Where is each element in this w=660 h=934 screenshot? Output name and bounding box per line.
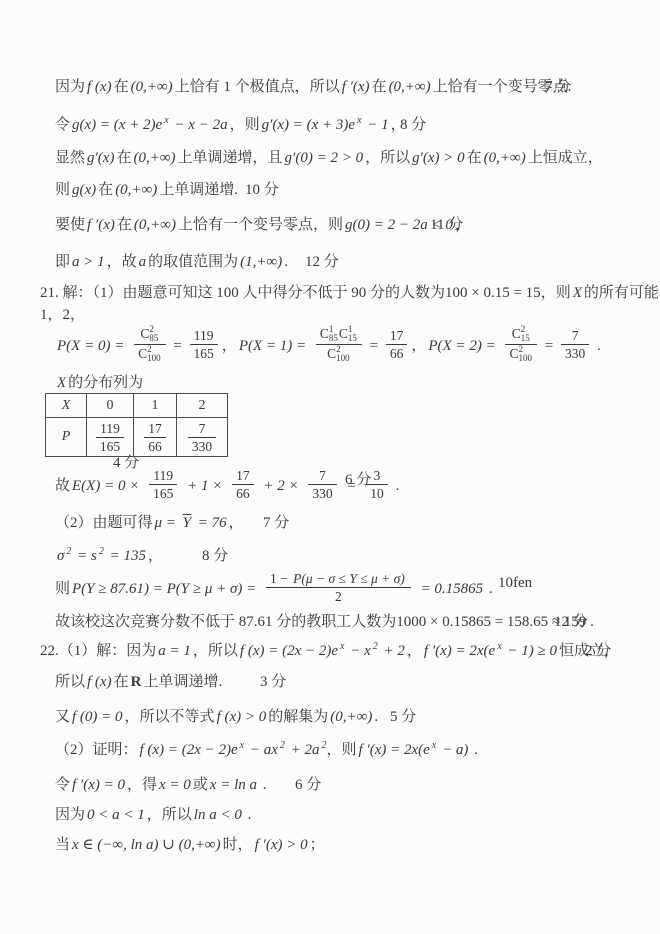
text-run: 在 (98, 182, 113, 198)
score-mark: 10 分 (245, 179, 279, 201)
math-run: − 1 (362, 117, 391, 133)
text-run: 上恰有 1 个极值点，所以 (175, 79, 340, 95)
text-run: ，所以 (365, 150, 410, 166)
math-run: (0,+∞) (328, 709, 374, 725)
math-run: g′(x) = (x + 3)e (260, 117, 357, 133)
table-cell-x-1: 1 (134, 394, 177, 418)
score-mark: 2 分 (585, 640, 611, 662)
number-run: = (170, 338, 186, 354)
table-cell-p-2: 7330 (177, 418, 228, 457)
text-line: （2）由题可得μ = Y = 76，7 分 (55, 512, 244, 534)
math-run: g(x) (70, 182, 98, 198)
math-run: (0,+∞) (131, 150, 177, 166)
fraction: 7330 (308, 467, 336, 502)
text-run: 或 (193, 777, 208, 793)
text-line: 则P(Y ≥ 87.61) = P(Y ≥ μ + σ) = 1 − P(μ −… (55, 572, 493, 607)
number-run: 2 (335, 589, 342, 604)
sub-sup-stack: 185 (329, 325, 339, 343)
text-run: ， (229, 515, 244, 531)
table-cell-x-0: 0 (87, 394, 134, 418)
math-run: f (x) = (2x − 2)e (138, 742, 240, 758)
text-run: 上单调递增，且 (178, 150, 283, 166)
math-run: − x (344, 643, 372, 659)
fraction: C215C2100 (505, 325, 537, 364)
number-run: C (327, 346, 336, 361)
math-run: P(X = 1) = (237, 338, 312, 354)
math-run: f (x) = (2x − 2)e (238, 643, 340, 659)
number-run: . (244, 807, 252, 823)
text-line: 因为f (x)在(0,+∞)上恰有 1 个极值点，所以f ′(x)在(0,+∞)… (55, 76, 571, 98)
math-run: f ′(x) = 2x(e (422, 643, 497, 659)
text-run: 因为 (55, 79, 85, 95)
text-run: 因为 (55, 807, 85, 823)
math-run: = 76 (192, 515, 229, 531)
score-mark: 6 分 (345, 469, 371, 491)
text-run: ，得 (127, 777, 157, 793)
text-run: 又 (55, 709, 70, 725)
number-run: C (140, 326, 149, 341)
math-run: f (x) > 0 (215, 709, 269, 725)
math-run: + 1 × (181, 478, 228, 494)
text-run: ，则 (541, 285, 571, 301)
bold-symbol: R (129, 674, 144, 690)
text-run: 当 (55, 837, 70, 853)
text-line: 令f ′(x) = 0，得x = 0或x = ln a .6 分 (55, 774, 267, 796)
number-run: C (339, 326, 348, 341)
fraction: 119165 (96, 420, 124, 455)
score-mark: 8 分 (202, 545, 228, 567)
math-run: f (x) (85, 674, 114, 690)
text-run: 在 (117, 217, 132, 233)
score-mark: 10fen (498, 572, 532, 594)
math-run: + 2a (285, 742, 322, 758)
text-run: 故 (55, 478, 70, 494)
score-mark: 7 分 (545, 76, 571, 98)
sub-sup-stack: 215 (521, 325, 531, 343)
text-run: ，则 (230, 117, 260, 133)
math-run: = s (71, 548, 98, 564)
table-cell-x-label: X (46, 394, 87, 418)
math-run: g′(x) (85, 150, 116, 166)
number-run: = (366, 338, 382, 354)
number-run: . (392, 478, 400, 494)
text-run: 的解集为 (268, 709, 328, 725)
text-run: 故该校这次竞赛分数不低于 87.61 分的教职工人数为 (55, 614, 396, 630)
text-run: 在 (467, 150, 482, 166)
text-run: 上恒成立， (528, 150, 603, 166)
text-run: 的分布列为 (68, 375, 143, 391)
text-line: 故E(X) = 0 × 119165 + 1 × 1766 + 2 × 7330… (55, 469, 399, 504)
text-run: ， (148, 548, 163, 564)
number-run: 100 × 0.15 = 15 (445, 285, 541, 301)
math-run: + 2 (378, 643, 407, 659)
text-run: 在 (114, 79, 129, 95)
number-run: . (374, 709, 378, 725)
sub-sup-stack: 2100 (147, 345, 162, 363)
text-run: ， (222, 338, 237, 354)
math-run: f ′(x) (85, 217, 117, 233)
fraction: 1766 (144, 420, 166, 455)
score-mark: 3 分 (260, 671, 286, 693)
math-run: (0,+∞) (387, 79, 433, 95)
text-line: X的分布列为 (55, 372, 143, 394)
text-line: （2）证明：f (x) = (2x − 2)ex − ax2 + 2a2，则f … (55, 739, 478, 761)
number-run: . (259, 777, 267, 793)
math-run: f (x) (85, 79, 114, 95)
table-row-p: P 119165 1766 7330 (46, 418, 228, 457)
math-run: g(x) = (x + 2)e (70, 117, 164, 133)
number-run: C (512, 326, 521, 341)
score-mark: 12 分 (305, 251, 339, 273)
math-run: P(X = 0) = (55, 338, 130, 354)
table-cell-p-1: 1766 (134, 418, 177, 457)
text-run: 令 (55, 117, 70, 133)
text-run: 22.（1）解：因为 (40, 643, 156, 659)
text-run: 显然 (55, 150, 85, 166)
text-run: 时， (223, 837, 253, 853)
math-run: − 1) ≥ 0 (502, 643, 559, 659)
math-run: σ (55, 548, 66, 564)
text-run: 令 (55, 777, 70, 793)
text-run: 上恰有一个变号零点，则 (178, 217, 343, 233)
math-run: x = 0 (157, 777, 193, 793)
document-content: 因为f (x)在(0,+∞)上恰有 1 个极值点，所以f ′(x)在(0,+∞)… (0, 0, 660, 934)
text-run: 的所有可能取值为 0， (584, 285, 660, 301)
math-run: = 0.15865 (415, 581, 485, 597)
text-run: 在 (116, 150, 131, 166)
text-run: ，所以不等式 (125, 709, 215, 725)
math-run: − a) (436, 742, 470, 758)
table-cell-p-label: P (46, 418, 87, 457)
score-mark: 11 分 (430, 214, 463, 236)
score-mark: 8 分 (400, 114, 426, 136)
text-line: 要使f ′(x)在(0,+∞)上恰有一个变号零点，则g(0) = 2 − 2a … (55, 214, 470, 236)
fraction: 1 − P(μ − σ ≤ Y ≤ μ + σ)2 (266, 570, 411, 605)
text-line: P(X = 0) = C285C2100 = 119165，P(X = 1) =… (55, 327, 601, 366)
fraction: C185C115C2100 (316, 325, 362, 364)
text-line: 22.（1）解：因为a = 1，所以f (x) = (2x − 2)ex − x… (40, 640, 619, 662)
table-cell-x-2: 2 (177, 394, 228, 418)
text-line: 则g(x)在(0,+∞)上单调递增.10 分 (55, 179, 238, 201)
text-run: ，所以 (193, 643, 238, 659)
fraction: 119165 (149, 467, 177, 502)
number-run: = (541, 338, 557, 354)
math-run: g′(0) = 2 > 0 (283, 150, 366, 166)
math-run: f ′(x) (340, 79, 372, 95)
text-run: 则 (55, 581, 70, 597)
table-row-x: X 0 1 2 (46, 394, 228, 418)
distribution-table: X 0 1 2 P 119165 1766 7330 (45, 393, 228, 457)
text-run: ， (411, 338, 426, 354)
score-mark: 5 分 (390, 706, 416, 728)
text-line: σ2 = s2 = 135，8 分 (55, 545, 163, 567)
sub-sup-stack: 285 (149, 325, 159, 343)
text-run: 即 (55, 254, 70, 270)
math-run: (0,+∞) (113, 182, 159, 198)
superscript: x (497, 641, 501, 652)
number-run: . (284, 254, 288, 270)
math-run: E(X) = 0 × (70, 478, 145, 494)
math-run: P(X = 2) = (426, 338, 501, 354)
math-run: = 135 (104, 548, 148, 564)
text-line: 故该校这次竞赛分数不低于 87.61 分的教职工人数为1000 × 0.1586… (55, 611, 594, 633)
math-run: (0,+∞) (132, 217, 178, 233)
sub-sup-stack: 115 (348, 325, 358, 343)
score-mark: 12 分 (554, 611, 588, 633)
math-run: + 2 × (258, 478, 305, 494)
text-run: 的取值范围为 (148, 254, 238, 270)
math-run: X (55, 375, 68, 391)
superscript: x (164, 115, 168, 126)
number-run: C (138, 346, 147, 361)
text-run: 则 (55, 182, 70, 198)
text-run: 在 (114, 674, 129, 690)
text-run: 上单调递增. (159, 182, 238, 198)
sub-sup-stack: 2100 (518, 345, 533, 363)
table-cell-p-0: 119165 (87, 418, 134, 457)
text-line: 21. 解：（1）由题意可知这 100 人中得分不低于 90 分的人数为100 … (40, 282, 660, 304)
math-run: − x − 2a (169, 117, 230, 133)
number-run: C (509, 346, 518, 361)
math-run: ln a < 0 (192, 807, 244, 823)
fraction: 7330 (188, 420, 216, 455)
text-line: 又f (0) = 0，所以不等式f (x) > 0的解集为(0,+∞).5 分 (55, 706, 378, 728)
math-run: g′(x) > 0 (410, 150, 467, 166)
math-run: f (0) = 0 (70, 709, 125, 725)
text-line: 当x ∈ (−∞, ln a) ∪ (0,+∞)时，f ′(x) > 0； (55, 834, 325, 856)
math-run: x = ln a (208, 777, 259, 793)
text-line: 即a > 1，故a的取值范围为(1,+∞).12 分 (55, 251, 288, 273)
math-run: − ax (244, 742, 280, 758)
math-run: (0,+∞) (482, 150, 528, 166)
text-run: 所以 (55, 674, 85, 690)
math-run: a (137, 254, 149, 270)
text-line: 显然g′(x)在(0,+∞)上单调递增，且g′(0) = 2 > 0，所以g′(… (55, 147, 603, 169)
text-line: 所以f (x)在R上单调递增.3 分 (55, 671, 222, 693)
score-mark: 7 分 (263, 512, 289, 534)
math-run: P(μ − σ ≤ Y ≤ μ + σ) (291, 571, 407, 586)
text-run: ，所以 (147, 807, 192, 823)
math-run: 0 < a < 1 (85, 807, 147, 823)
number-run: . (470, 742, 478, 758)
text-line: 1，2， (40, 304, 85, 326)
number-run: C (320, 326, 329, 341)
text-run: （2）由题可得 (55, 515, 153, 531)
fraction: 7330 (561, 327, 589, 362)
text-run: 上单调递增. (143, 674, 222, 690)
overline-symbol: Y (182, 515, 192, 531)
text-run: ，则 (327, 742, 357, 758)
fraction: 119165 (190, 327, 218, 362)
number-run: . (593, 338, 601, 354)
text-run: （2）证明： (55, 742, 138, 758)
math-run: (0,+∞) (129, 79, 175, 95)
math-run: μ = (153, 515, 182, 531)
text-run: ； (310, 837, 325, 853)
sub-sup-stack: 2100 (336, 345, 351, 363)
math-run: f ′(x) > 0 (253, 837, 310, 853)
text-run: ， (407, 643, 422, 659)
document-page: 因为f (x)在(0,+∞)上恰有 1 个极值点，所以f ′(x)在(0,+∞)… (0, 0, 660, 934)
math-run: a = 1 (156, 643, 193, 659)
text-run: 1，2， (40, 307, 85, 323)
math-run: (1,+∞) (238, 254, 284, 270)
superscript: x (357, 115, 361, 126)
math-run: a > 1 (70, 254, 107, 270)
number-run: . (485, 581, 493, 597)
text-run: 要使 (55, 217, 85, 233)
text-line: 因为0 < a < 1，所以ln a < 0 . (55, 804, 251, 826)
score-mark: 6 分 (295, 774, 321, 796)
text-line: 令g(x) = (x + 2)ex − x − 2a，则g′(x) = (x +… (55, 114, 406, 136)
text-run: 21. 解：（1）由题意可知这 100 人中得分不低于 90 分的人数为 (40, 285, 445, 301)
math-run: X (571, 285, 584, 301)
fraction: 1766 (232, 467, 254, 502)
math-run: f ′(x) = 0 (70, 777, 127, 793)
fraction: 1766 (386, 327, 408, 362)
math-run: x ∈ (−∞, ln a) ∪ (0,+∞) (70, 837, 223, 853)
text-run: 在 (372, 79, 387, 95)
number-run: 1 − (270, 571, 291, 586)
fraction: C285C2100 (134, 325, 166, 364)
text-run: ，故 (107, 254, 137, 270)
math-run: f ′(x) = 2x(e (357, 742, 432, 758)
math-run: P(Y ≥ 87.61) = P(Y ≥ μ + σ) = (70, 581, 262, 597)
